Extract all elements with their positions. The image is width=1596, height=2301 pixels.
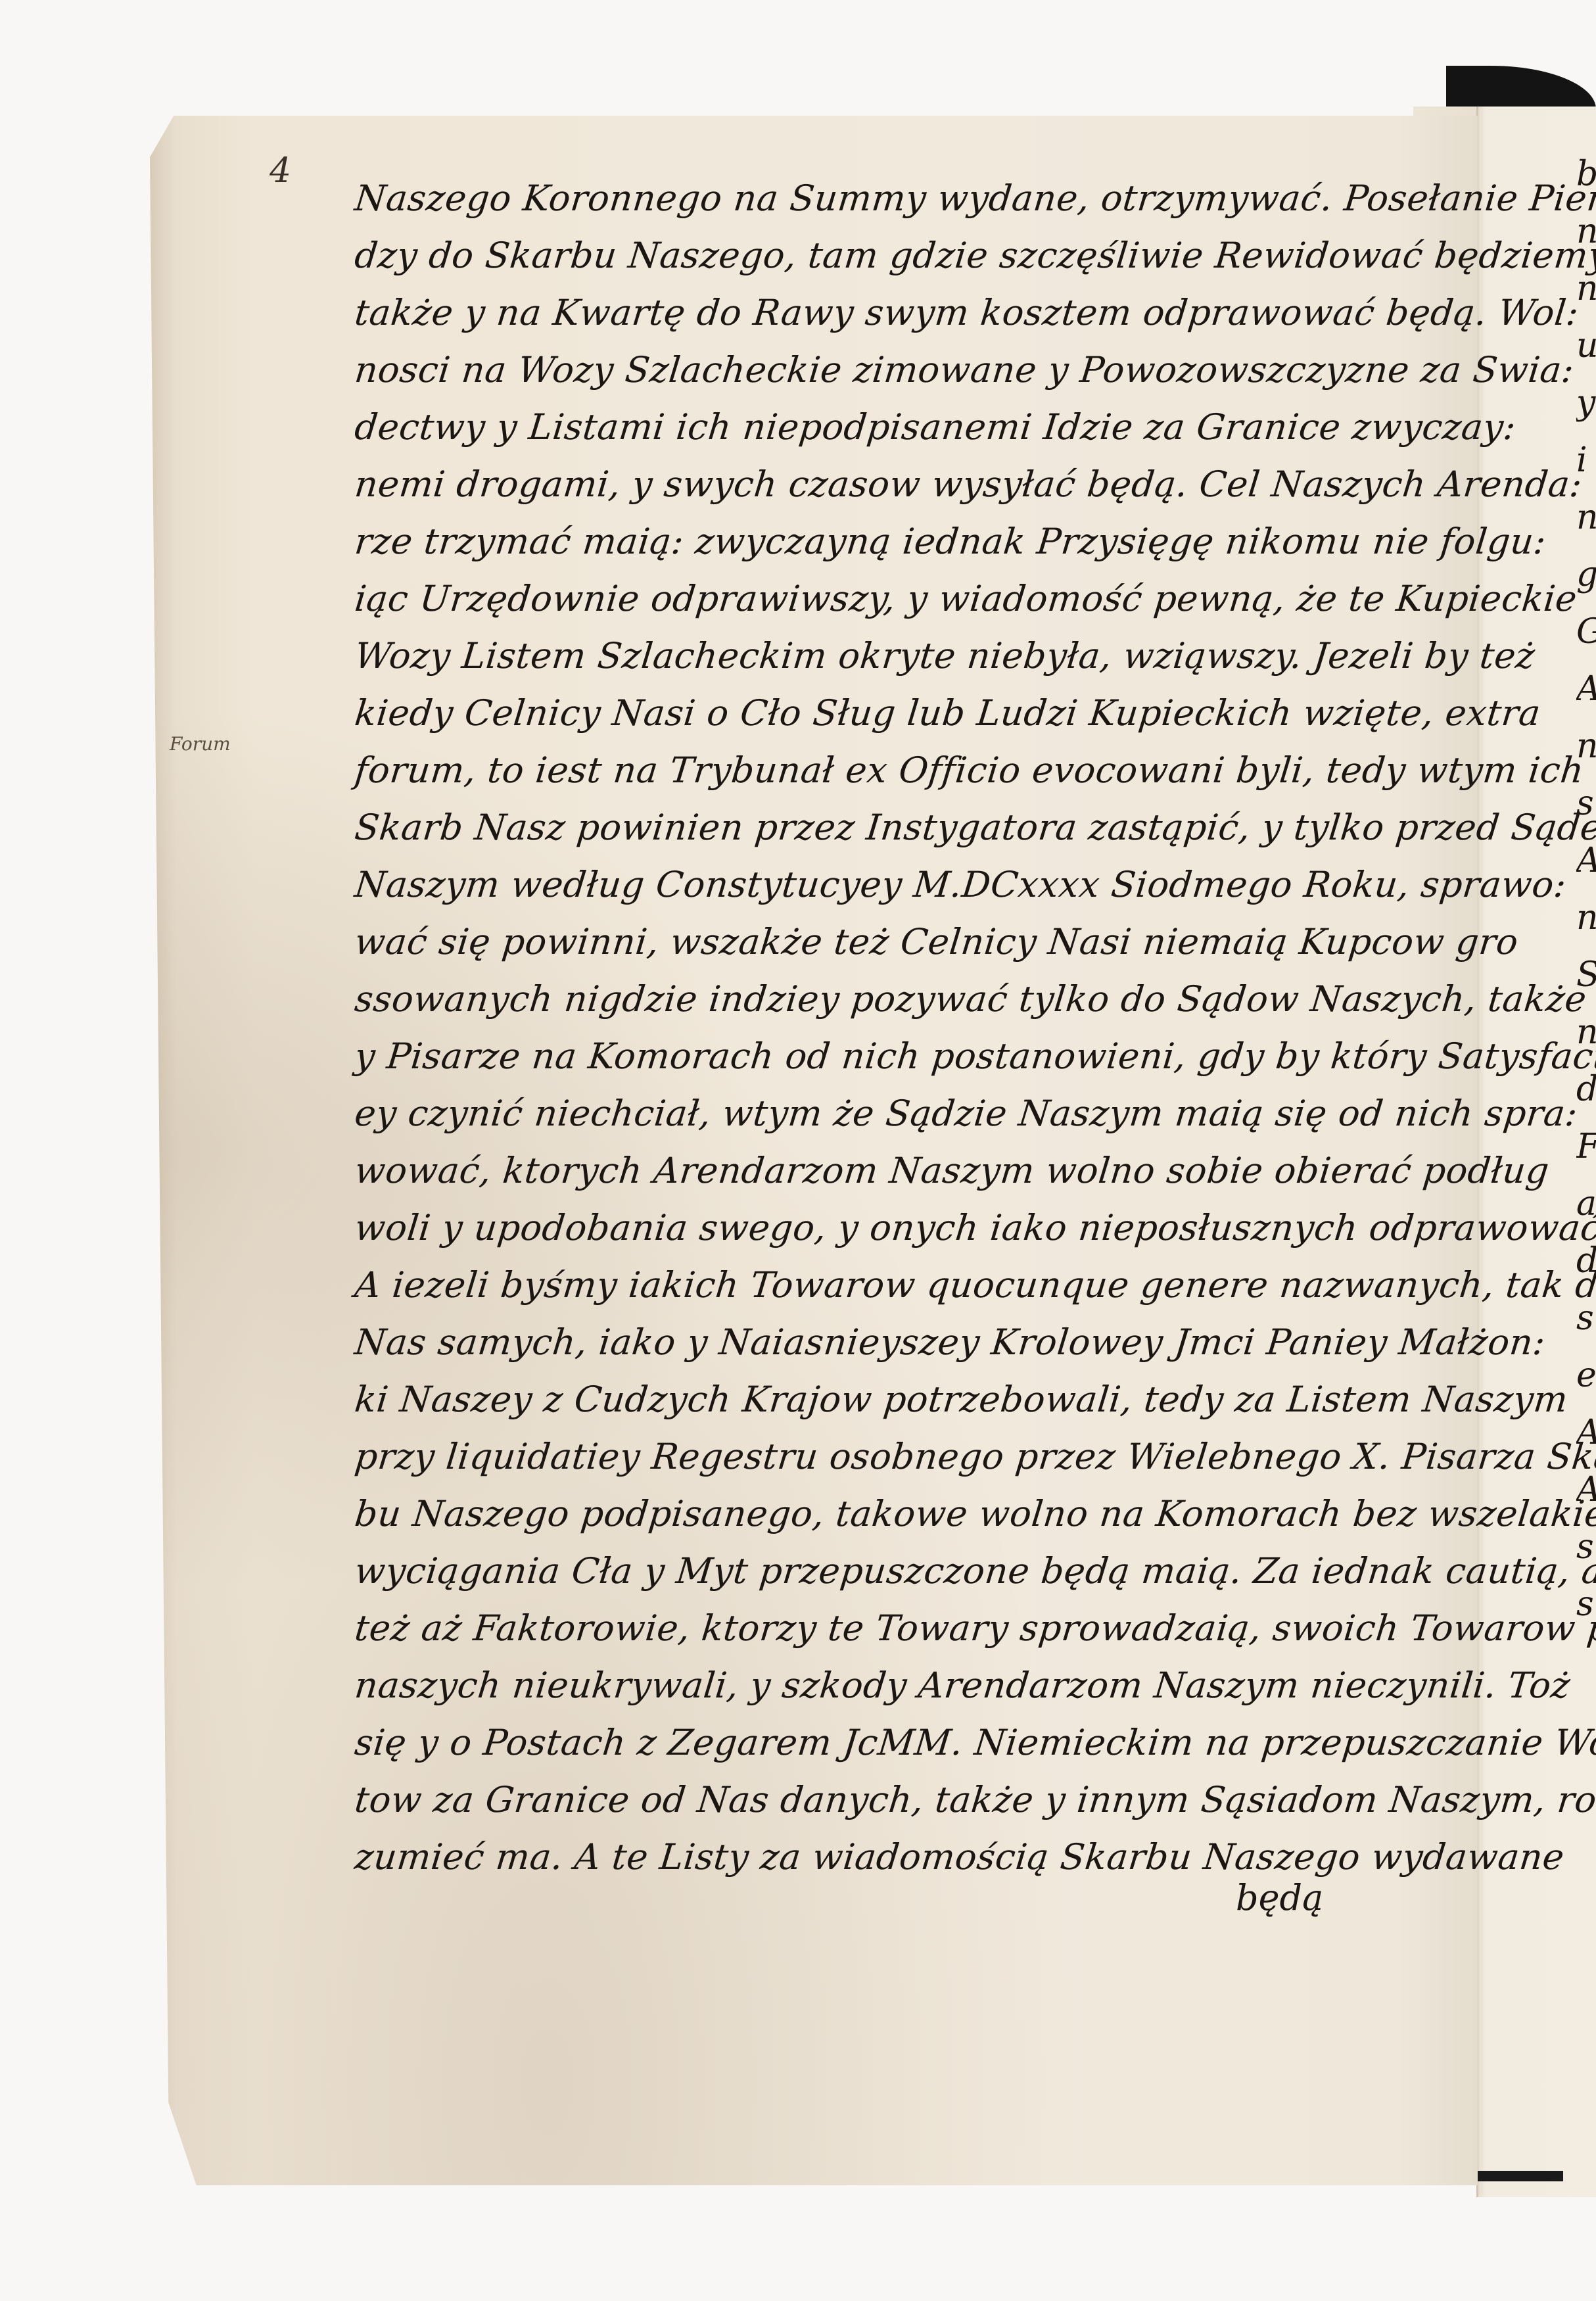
facing-page-text: n	[1576, 898, 1596, 937]
margin-note: Forum	[170, 733, 231, 755]
folio-number: 4	[270, 151, 291, 191]
text-line: Skarb Nasz powinien przez Instygatora za…	[353, 807, 1422, 848]
facing-page-text: g	[1576, 555, 1596, 594]
text-line: się y o Postach z Zegarem JcMM. Niemieck…	[353, 1722, 1422, 1763]
text-line: naszych nieukrywali, y szkody Arendarzom…	[353, 1665, 1422, 1706]
facing-page-text: s	[1576, 784, 1596, 823]
text-line: A iezeli byśmy iakich Towarow quocunque …	[353, 1264, 1422, 1306]
text-line: bu Naszego podpisanego, takowe wolno na …	[353, 1493, 1422, 1534]
text-line: wować, ktorych Arendarzom Naszym wolno s…	[353, 1150, 1422, 1191]
facing-page-text: n	[1576, 498, 1596, 537]
facing-page-text: d	[1576, 1241, 1596, 1281]
facing-page-text: y	[1576, 383, 1596, 423]
facing-page-text: G	[1576, 612, 1596, 652]
facing-page-text: s	[1576, 1527, 1596, 1567]
text-line: wyciągania Cła y Myt przepuszczone będą …	[353, 1550, 1422, 1592]
text-line: wać się powinni, wszakże też Celnicy Nas…	[353, 921, 1422, 962]
facing-page-text: n	[1576, 212, 1596, 251]
facing-page-text: n	[1576, 726, 1596, 766]
facing-page-text: A	[1576, 841, 1596, 880]
text-line: zumieć ma. A te Listy za wiadomością Ska…	[353, 1836, 1422, 1878]
text-line: ey czynić niechciał, wtym że Sądzie Nasz…	[353, 1093, 1422, 1134]
facing-page-text: n	[1576, 269, 1596, 308]
text-line: ssowanych nigdzie indziey pozywać tylko …	[353, 978, 1422, 1020]
facing-page-text: A	[1576, 1470, 1596, 1509]
text-line: przy liquidatiey Regestru osobnego przez…	[353, 1436, 1422, 1477]
facing-page-text: A	[1576, 1413, 1596, 1452]
facing-page-text: F	[1576, 1127, 1596, 1166]
facing-page-text: bi	[1576, 154, 1596, 194]
catchword: będą	[1236, 1877, 1323, 1918]
text-line: też aż Faktorowie, ktorzy te Towary spro…	[353, 1607, 1422, 1649]
text-line: tow za Granice od Nas danych, także y in…	[353, 1779, 1422, 1820]
text-line: dzy do Skarbu Naszego, tam gdzie szczęśl…	[353, 235, 1422, 276]
facing-page-text: A	[1576, 669, 1596, 709]
text-line: ki Naszey z Cudzych Krajow potrzebowali,…	[353, 1379, 1422, 1420]
facing-page-text: n	[1576, 1012, 1596, 1052]
text-line: iąc Urzędownie odprawiwszy, y wiadomość …	[353, 578, 1422, 619]
text-line: forum, to iest na Trybunał ex Officio ev…	[353, 749, 1422, 791]
facing-page-text: i	[1576, 440, 1596, 480]
text-line: y Pisarze na Komorach od nich postanowie…	[353, 1035, 1422, 1077]
facing-page-text: S	[1576, 955, 1596, 995]
facing-page-text: e	[1576, 1356, 1596, 1395]
text-line: woli y upodobania swego, y onych iako ni…	[353, 1207, 1422, 1248]
text-line: Naszego Koronnego na Summy wydane, otrzy…	[353, 178, 1422, 219]
text-line: Naszym według Constytucyey M.DCxxxx Siod…	[353, 864, 1422, 905]
text-line: dectwy y Listami ich niepodpisanemi Idzi…	[353, 406, 1422, 448]
text-line: kiedy Celnicy Nasi o Cło Sług lub Ludzi …	[353, 692, 1422, 734]
scan-canvas: 4 Forum Naszego Koronnego na Summy wydan…	[0, 0, 1596, 2301]
text-line: Nas samych, iako y Naiasnieyszey Krolowe…	[353, 1321, 1422, 1363]
facing-page-text: s	[1576, 1584, 1596, 1624]
text-line: rze trzymać maią: zwyczayną iednak Przys…	[353, 521, 1422, 562]
text-line: także y na Kwartę do Rawy swym kosztem o…	[353, 292, 1422, 333]
text-line: nosci na Wozy Szlacheckie zimowane y Pow…	[353, 349, 1422, 391]
facing-page-text: u	[1576, 326, 1596, 366]
text-line: Wozy Listem Szlacheckim okryte niebyła, …	[353, 635, 1422, 676]
facing-page-text: a	[1576, 1184, 1596, 1223]
text-line: nemi drogami, y swych czasow wysyłać będ…	[353, 463, 1422, 505]
facing-page-text: s	[1576, 1298, 1596, 1338]
facing-page-text: d	[1576, 1070, 1596, 1109]
binding-tab-top	[1446, 66, 1596, 109]
